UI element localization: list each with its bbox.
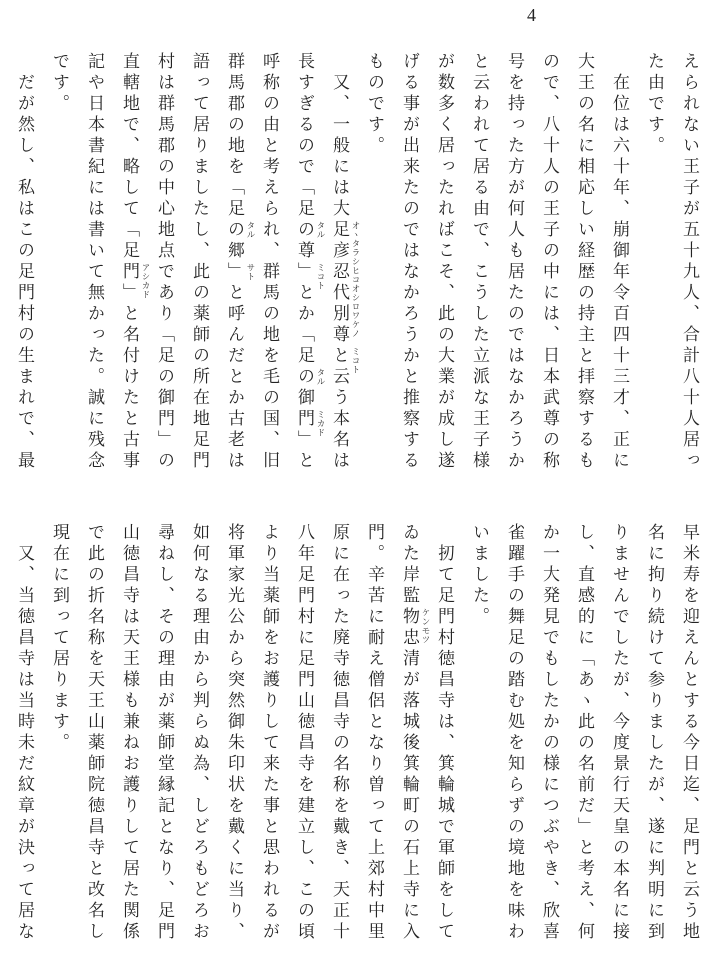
paragraph: だが然し、私はこの足門村の生まれで、最 bbox=[7, 52, 42, 476]
paragraph: 在位は六十年、崩御年令百四十三才、正に大王の名に相応しい経歴の持主と拝察するもの… bbox=[357, 52, 637, 476]
furigana: オヽタラシヒコオシロワケノ bbox=[352, 200, 361, 338]
top-text-block: えられない王子が五十九人、合計八十人居った由です。在位は六十年、崩御年令百四十三… bbox=[7, 52, 707, 476]
ruby-base: 尊ミコト bbox=[295, 241, 314, 262]
furigana: タル bbox=[247, 200, 256, 239]
furigana: タル bbox=[317, 200, 326, 239]
page-number: 4 bbox=[527, 5, 536, 26]
ruby-base: 郷サト bbox=[225, 241, 244, 262]
paragraph: 扨て足門村徳昌寺は、箕輪城で軍師をしてゐた岸監物ケンモツ忠清が落城後箕輪町の石上… bbox=[42, 523, 462, 947]
paragraph: 又、当徳昌寺は当時未だ紋章が決って居な bbox=[7, 523, 42, 947]
furigana: タル bbox=[317, 347, 326, 386]
furigana: ミコト bbox=[352, 326, 361, 374]
paragraph: 又、一般には大足彦忍代別オヽタラシヒコオシロワケノ尊ミコトと云う本名は長すぎるの… bbox=[42, 52, 357, 476]
furigana: ミカド bbox=[317, 389, 326, 437]
ruby-base: 尊ミコト bbox=[330, 325, 349, 346]
bottom-text-block: 早米寿を迎えんとする今日迄、足門と云う地名に拘り続けて参りましたが、遂に判明に到… bbox=[7, 523, 707, 947]
ruby-base: 御門ミカド bbox=[295, 388, 314, 430]
ruby-base: 足タル bbox=[295, 346, 314, 367]
ruby-base: 大足彦忍代別オヽタラシヒコオシロワケノ bbox=[330, 199, 349, 325]
furigana: ケンモツ bbox=[422, 587, 431, 644]
furigana: ミコト bbox=[317, 242, 326, 290]
ruby-base: 足門アシカド bbox=[120, 241, 139, 283]
furigana: アシカド bbox=[142, 242, 151, 299]
ruby-base: 足タル bbox=[225, 199, 244, 220]
ruby-base: 足タル bbox=[295, 199, 314, 220]
furigana: サト bbox=[247, 242, 256, 281]
paragraph: えられない王子が五十九人、合計八十人居った由です。 bbox=[637, 52, 707, 476]
scanned-book-page: { "page": { "number": "4", "background":… bbox=[0, 0, 711, 968]
ruby-base: 監物ケンモツ bbox=[400, 586, 419, 628]
paragraph: 早米寿を迎えんとする今日迄、足門と云う地名に拘り続けて参りましたが、遂に判明に到… bbox=[462, 523, 707, 947]
